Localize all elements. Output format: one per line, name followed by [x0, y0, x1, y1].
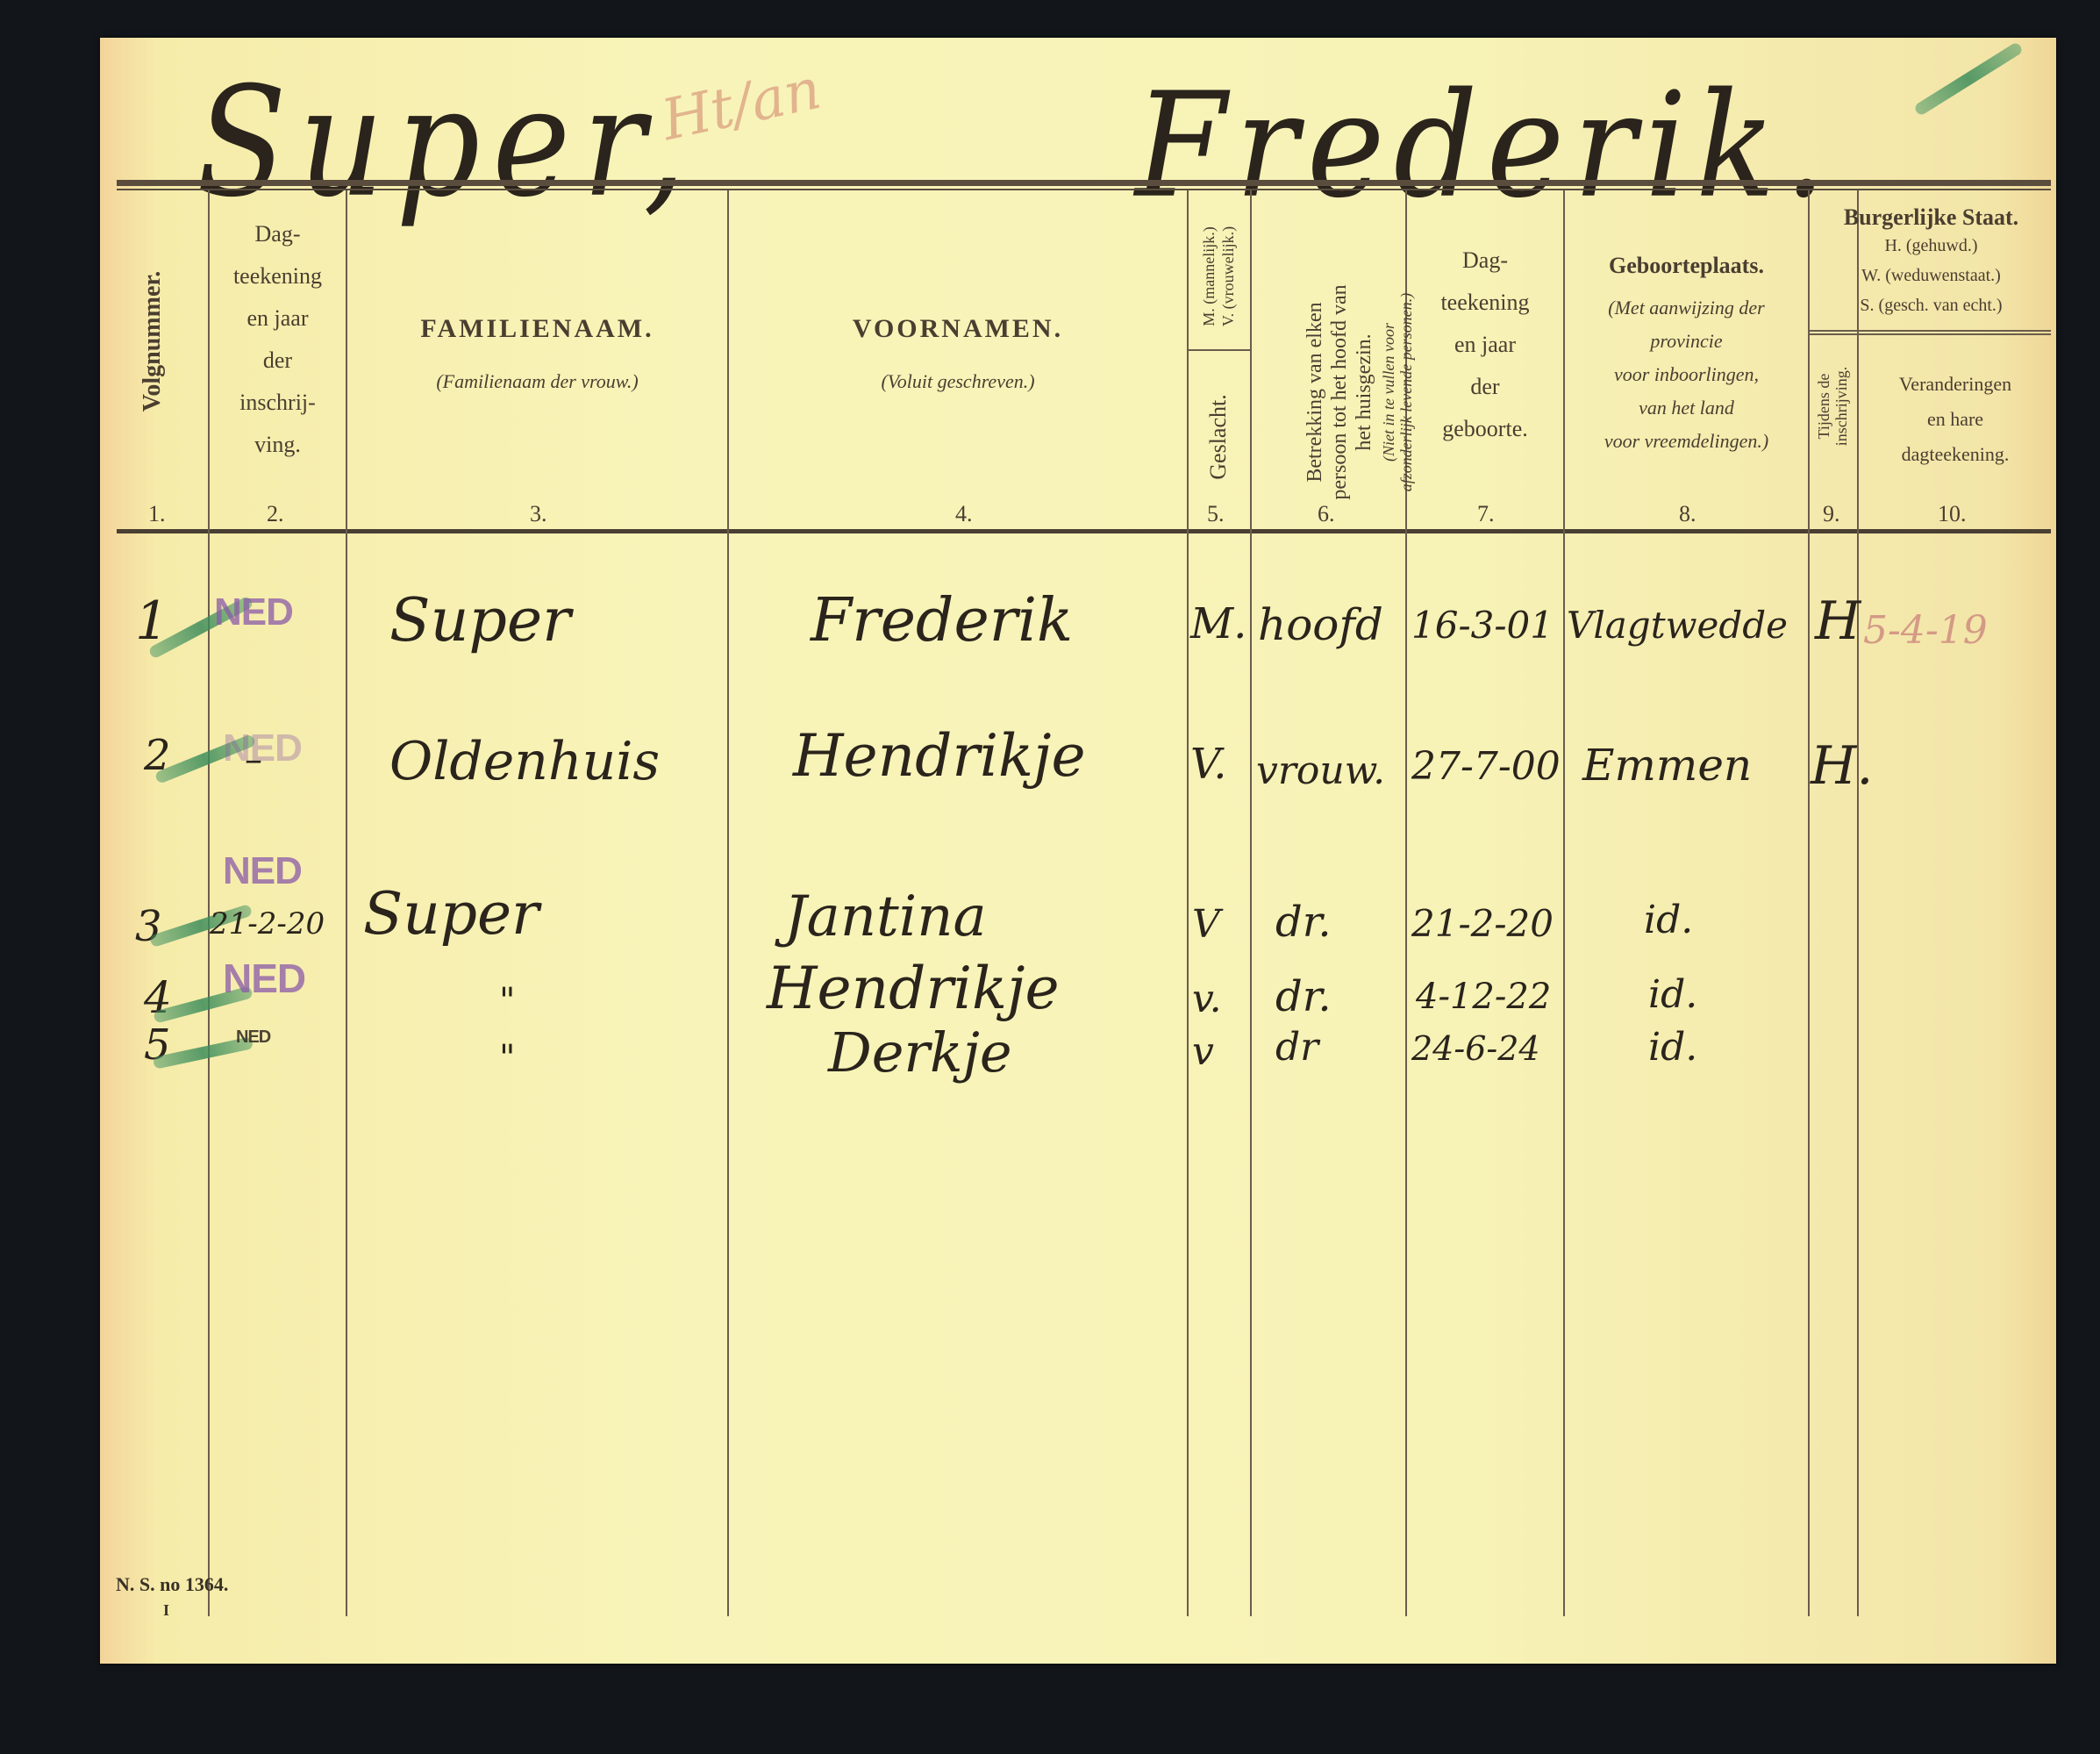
header-line: inschrij- [210, 382, 346, 424]
column-number: 8. [1679, 501, 1696, 527]
row2-familienaam: Oldenhuis [389, 731, 660, 792]
row1-voornamen: Frederik [811, 586, 1073, 655]
row1-betrekking: hoofd [1258, 599, 1383, 650]
header-line: der [210, 340, 346, 382]
header-sub: (Familienaam der vrouw.) [347, 370, 727, 393]
row5-betrekking: dr [1275, 1025, 1318, 1070]
header-burgerlijke-staat: Burgerlijke Staat. H. (gehuwd.) W. (wedu… [1811, 204, 2052, 320]
staat-option: H. (gehuwd.) [1811, 231, 2052, 261]
column-divider [346, 190, 347, 1616]
column-number: 9. [1823, 501, 1840, 527]
header-line: V. (vrouwelijk.) [1218, 189, 1238, 364]
row1-stamp: NED [214, 591, 293, 634]
staat-option: S. (gesch. van echt.) [1811, 290, 2052, 320]
row1-geslacht: M. [1190, 599, 1246, 648]
header-mv: M. (mannelijk.) V. (vrouwelijk.) [1199, 189, 1238, 364]
header-sub: (Voluit geschreven.) [729, 370, 1187, 393]
header-sub: voor vreemdelingen.) [1565, 425, 1808, 458]
row2-betrekking: vrouw. [1256, 748, 1385, 793]
header-veranderingen: Veranderingen en hare dagteekening. [1859, 367, 2052, 472]
header-line: Dag- [1407, 240, 1563, 282]
row2-inschrijving: – [245, 740, 262, 780]
header-volgnummer: Volgnummer. [139, 254, 167, 429]
row4-voornamen: Hendrikje [767, 955, 1060, 1022]
header-line: M. (mannelijk.) [1199, 189, 1218, 364]
header-line: inschrijving. [1832, 340, 1850, 472]
row3-familienaam: Super [363, 880, 539, 948]
staat-divider [1810, 330, 2051, 335]
header-line: het huisgezin. [1352, 230, 1376, 555]
header-sub: provincie [1565, 325, 1808, 358]
row5-stamp: NED [236, 1027, 270, 1048]
row2-geslacht: V. [1190, 740, 1227, 789]
column-divider [1187, 190, 1189, 1616]
row5-geboorte: 24-6-24 [1411, 1029, 1540, 1068]
header-line: teekening [210, 255, 346, 297]
row5-familienaam: " [499, 1038, 515, 1078]
form-number-sub: I [163, 1601, 169, 1620]
column-number: 2. [267, 501, 284, 527]
header-line: geboorte. [1407, 408, 1563, 450]
header-sub: voor inboorlingen, [1565, 358, 1808, 391]
title-surname: Super, [196, 55, 697, 231]
form-number: N. S. no 1364. [116, 1573, 228, 1596]
row2-voornamen: Hendrikje [793, 722, 1086, 790]
header-label: FAMILIENAAM. [347, 314, 727, 344]
header-sub: (Niet in te vullen voor [1380, 230, 1397, 555]
row1-familienaam: Super [389, 586, 571, 655]
green-pencil-mark [1913, 41, 2024, 117]
column-number: 5. [1207, 501, 1225, 527]
header-inschrijving: Dag- teekening en jaar der inschrij- vin… [210, 213, 346, 466]
row2-staat: H. [1811, 735, 1873, 797]
row3-geslacht: V [1192, 902, 1220, 947]
header-line: teekening [1407, 282, 1563, 324]
column-number: 4. [955, 501, 973, 527]
row5-geboorteplaats: id. [1648, 1025, 1697, 1070]
header-line: en jaar [1407, 324, 1563, 366]
column-number: 6. [1318, 501, 1335, 527]
header-sub: van het land [1565, 391, 1808, 425]
column-number: 3. [530, 501, 547, 527]
row3-geboorte: 21-2-20 [1411, 902, 1554, 945]
row3-geboorteplaats: id. [1644, 898, 1693, 942]
header-line: Veranderingen [1859, 367, 2052, 402]
row4-familienaam: " [499, 981, 515, 1021]
row1-geboorteplaats: Vlagtwedde [1567, 604, 1788, 647]
row3-betrekking: dr. [1275, 898, 1332, 947]
column-number: 1. [148, 501, 166, 527]
header-geslacht: Geslacht. [1205, 349, 1232, 525]
header-label: Burgerlijke Staat. [1811, 204, 2052, 231]
row4-geslacht: v. [1192, 977, 1222, 1021]
row5-geslacht: v [1192, 1029, 1214, 1074]
column-divider [1250, 190, 1252, 1616]
header-line: der [1407, 366, 1563, 408]
header-voornamen: VOORNAMEN. (Voluit geschreven.) [729, 314, 1187, 393]
row1-staat: H [1815, 591, 1861, 652]
column-number: 7. [1477, 501, 1495, 527]
header-line: dagteekening. [1859, 437, 2052, 472]
row4-geboorte: 4-12-22 [1416, 977, 1551, 1017]
header-line: ving. [210, 424, 346, 466]
header-line: en hare [1859, 402, 2052, 437]
header-tijdens: Tijdens de inschrijving. [1815, 340, 1850, 472]
row3-stamp: NED [223, 849, 302, 893]
row2-geboorte: 27-7-00 [1411, 744, 1561, 789]
header-line: en jaar [210, 297, 346, 340]
title-given-name: Frederik. [1135, 62, 1835, 230]
row3-inschrijving: 21-2-20 [210, 906, 325, 941]
header-bottom-rule [117, 529, 2051, 533]
column-number: 10. [1938, 501, 1967, 527]
row4-stamp: NED [223, 955, 305, 1002]
row1-veranderingen: 5-4-19 [1863, 608, 1988, 653]
row1-geboorte: 16-3-01 [1411, 604, 1554, 647]
column-divider [727, 190, 729, 1616]
row4-geboorteplaats: id. [1648, 972, 1697, 1017]
header-label: VOORNAMEN. [729, 314, 1187, 344]
row4-betrekking: dr. [1275, 972, 1332, 1021]
header-sub: (Met aanwijzing der [1565, 291, 1808, 325]
header-geboorte: Dag- teekening en jaar der geboorte. [1407, 240, 1563, 450]
header-familienaam: FAMILIENAAM. (Familienaam der vrouw.) [347, 314, 727, 393]
header-geboorteplaats: Geboorteplaats. (Met aanwijzing der prov… [1565, 253, 1808, 458]
register-card: Super, Ht/an Frederik. Volgnummer. Dag- … [100, 38, 2056, 1664]
header-line: Dag- [210, 213, 346, 255]
staat-option: W. (weduwenstaat.) [1811, 261, 2052, 290]
row3-voornamen: Jantina [784, 884, 987, 949]
column-divider [1808, 190, 1810, 1616]
header-top-rule [117, 180, 2051, 190]
row5-voornamen: Derkje [828, 1020, 1012, 1085]
row2-geboorteplaats: Emmen [1582, 740, 1752, 791]
header-label: Geboorteplaats. [1565, 253, 1808, 279]
header-line: Tijdens de [1815, 340, 1832, 472]
